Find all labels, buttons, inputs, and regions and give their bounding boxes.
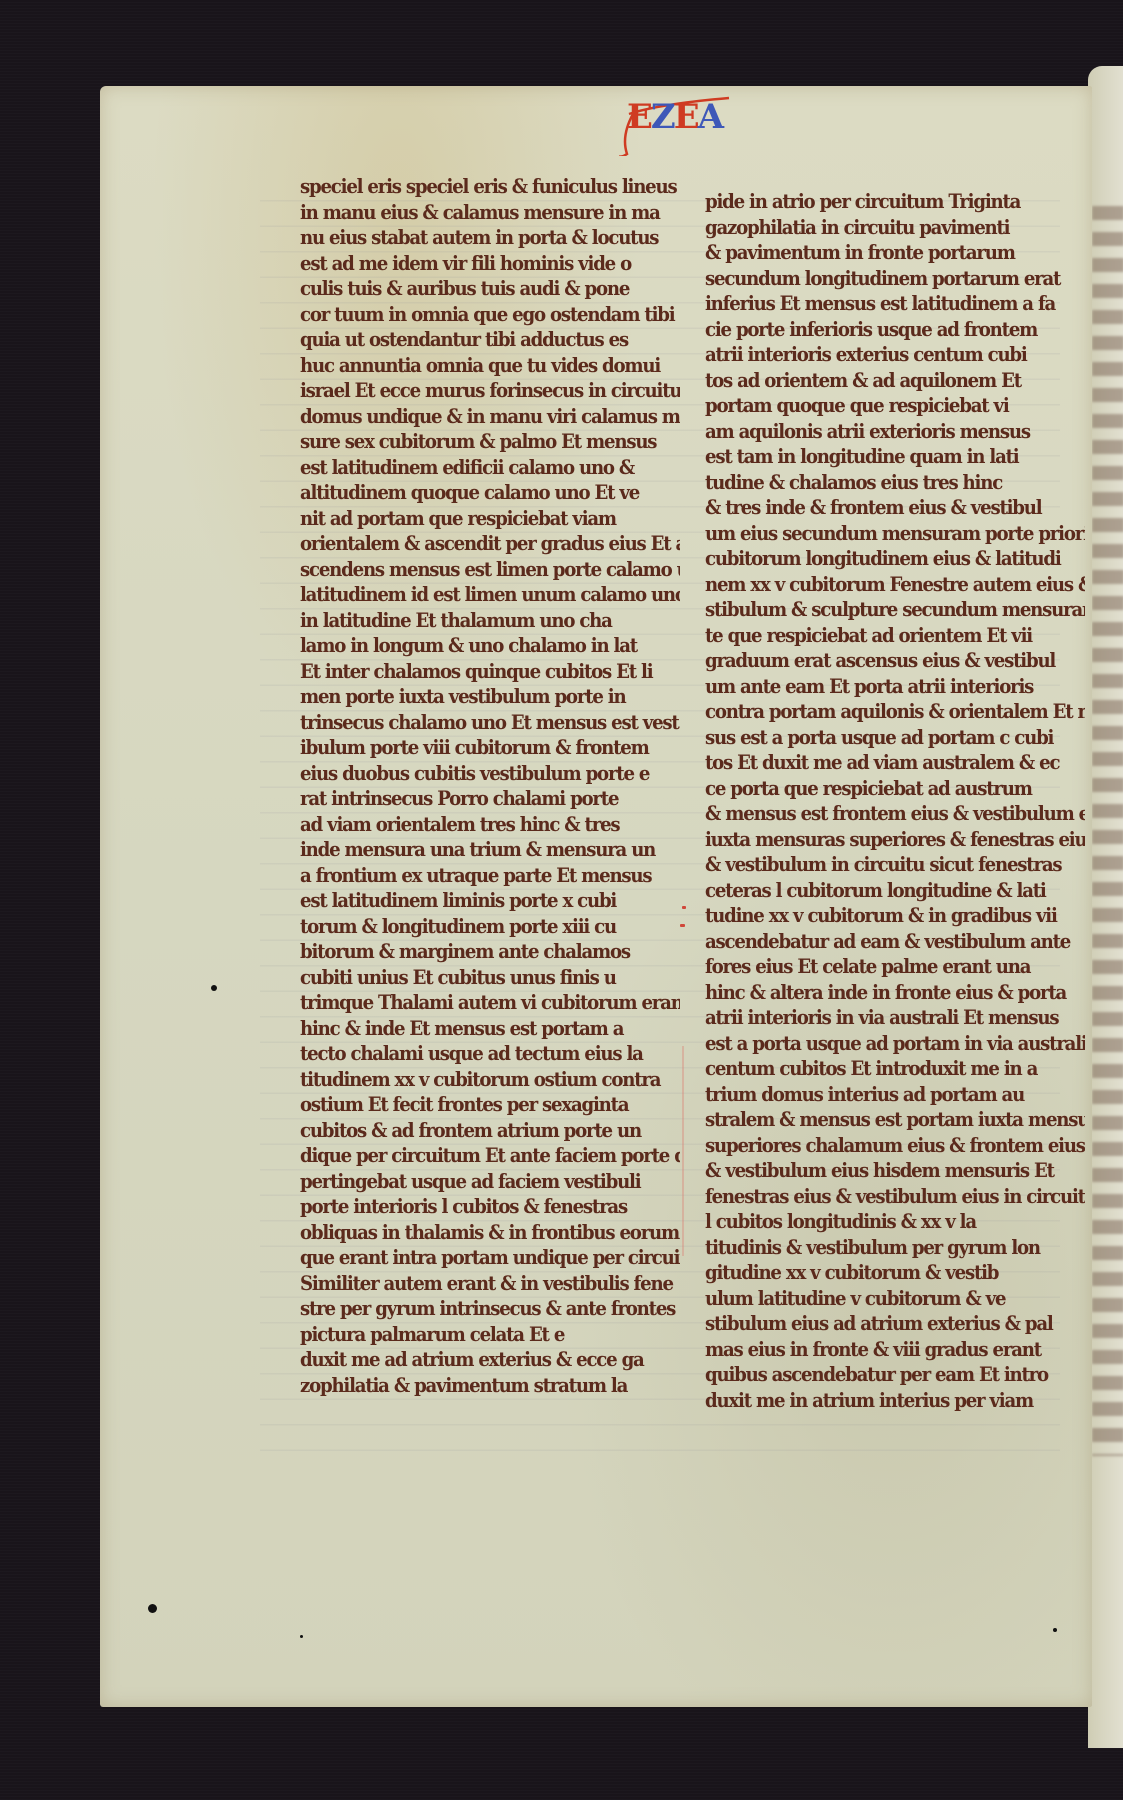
text-line: contra portam aquilonis & orientalem Et … <box>705 699 1058 725</box>
text-line: nu eius stabat autem in porta & locutus <box>300 225 653 251</box>
running-title-letters: EZEA <box>627 100 722 134</box>
text-line: graduum erat ascensus eius & vestibul <box>705 648 1058 674</box>
text-line: stralem & mensus est portam iuxta mensur… <box>705 1107 1058 1133</box>
text-line: porte interioris l cubitos & fenestras <box>300 1194 653 1220</box>
text-line: bitorum & marginem ante chalamos <box>300 939 653 965</box>
text-line: trium domus interius ad portam au <box>705 1082 1058 1108</box>
text-line: centum cubitos Et introduxit me in a <box>705 1056 1058 1082</box>
title-letter: E <box>627 97 651 137</box>
title-letter: E <box>674 97 698 137</box>
text-line: l cubitos longitudinis & xx v la <box>705 1209 1058 1235</box>
text-line: titudinis & vestibulum per gyrum lon <box>705 1235 1058 1261</box>
text-line: gitudine xx v cubitorum & vestib <box>705 1260 1058 1286</box>
text-line: est ad me idem vir fili hominis vide o <box>300 251 653 277</box>
text-line: latitudinem id est limen unum calamo uno <box>300 582 653 608</box>
text-line: cie porte inferioris usque ad frontem <box>705 317 1058 343</box>
text-line: ibulum porte viii cubitorum & frontem <box>300 735 653 761</box>
text-line: stre per gyrum intrinsecus & ante fronte… <box>300 1296 653 1322</box>
adjacent-leaf-text <box>1092 206 1123 1456</box>
text-line: um ante eam Et porta atrii interioris <box>705 674 1058 700</box>
text-line: inde mensura una trium & mensura un <box>300 837 653 863</box>
text-line: speciel eris speciel eris & funiculus li… <box>300 174 653 200</box>
text-line: duxit me in atrium interius per viam <box>705 1388 1058 1414</box>
text-line: scendens mensus est limen porte calamo u… <box>300 557 653 583</box>
text-line: stibulum & sculpture secundum mensuram p… <box>705 597 1058 623</box>
text-line: ostium Et fecit frontes per sexaginta <box>300 1092 653 1118</box>
running-title: EZEA <box>619 86 749 156</box>
text-line: obliquas in thalamis & in frontibus eoru… <box>300 1220 653 1246</box>
text-line: dique per circuitum Et ante faciem porte… <box>300 1143 653 1169</box>
text-line: trimque Thalami autem vi cubitorum erant <box>300 990 653 1016</box>
text-line: pictura palmarum celata Et e <box>300 1322 653 1348</box>
text-line: quibus ascendebatur per eam Et intro <box>705 1362 1058 1388</box>
text-line: Et inter chalamos quinque cubitos Et li <box>300 659 653 685</box>
text-line: orientalem & ascendit per gradus eius Et… <box>300 531 653 557</box>
text-line: & vestibulum eius hisdem mensuris Et <box>705 1158 1058 1184</box>
text-line: cubitos & ad frontem atrium porte un <box>300 1118 653 1144</box>
text-line: ascendebatur ad eam & vestibulum ante <box>705 929 1058 955</box>
text-line: culis tuis & auribus tuis audi & pone <box>300 276 653 302</box>
text-line: tudine & chalamos eius tres hinc <box>705 470 1058 496</box>
text-line: hinc & altera inde in fronte eius & port… <box>705 980 1058 1006</box>
text-line: trinsecus chalamo uno Et mensus est vest <box>300 710 653 736</box>
text-line: hinc & inde Et mensus est portam a <box>300 1016 653 1042</box>
adjacent-leaf-edge <box>1088 66 1123 1748</box>
text-line: ulum latitudine v cubitorum & ve <box>705 1286 1058 1312</box>
red-margin-trace <box>682 1046 684 1256</box>
red-mark <box>682 906 686 909</box>
text-line: atrii interioris in via australi Et mens… <box>705 1005 1058 1031</box>
text-line: in manu eius & calamus mensure in ma <box>300 200 653 226</box>
text-line: superiores chalamum eius & frontem eius <box>705 1133 1058 1159</box>
text-line: lamo in longum & uno chalamo in lat <box>300 633 653 659</box>
text-line: fores eius Et celate palme erant una <box>705 954 1058 980</box>
text-line: portam quoque que respiciebat vi <box>705 393 1058 419</box>
text-line: secundum longitudinem portarum erat <box>705 266 1058 292</box>
text-line: torum & longitudinem porte xiii cu <box>300 914 653 940</box>
text-line: est tam in longitudine quam in lati <box>705 444 1058 470</box>
text-line: titudinem xx v cubitorum ostium contra <box>300 1067 653 1093</box>
text-line: sus est a porta usque ad portam c cubi <box>705 725 1058 751</box>
text-line: ceteras l cubitorum longitudine & lati <box>705 878 1058 904</box>
ink-spot <box>211 985 217 991</box>
text-line: zophilatia & pavimentum stratum la <box>300 1373 653 1399</box>
manuscript-page: EZEA speciel eris speciel eris & funicul… <box>100 86 1092 1707</box>
ink-spot <box>148 1604 157 1613</box>
text-line: stibulum eius ad atrium exterius & pal <box>705 1311 1058 1337</box>
text-line: est latitudinem liminis porte x cubi <box>300 888 653 914</box>
text-line: quia ut ostendantur tibi adductus es <box>300 327 653 353</box>
text-line: te que respiciebat ad orientem Et vii <box>705 623 1058 649</box>
text-line: in latitudine Et thalamum uno cha <box>300 608 653 634</box>
text-line: nem xx v cubitorum Fenestre autem eius &… <box>705 572 1058 598</box>
text-line: cubitorum longitudinem eius & latitudi <box>705 546 1058 572</box>
ink-spot <box>300 1635 303 1638</box>
text-line: duxit me ad atrium exterius & ecce ga <box>300 1347 653 1373</box>
text-line: pertingebat usque ad faciem vestibuli <box>300 1169 653 1195</box>
text-line: tecto chalami usque ad tectum eius la <box>300 1041 653 1067</box>
text-line: gazophilatia in circuitu pavimenti <box>705 215 1058 241</box>
text-line: men porte iuxta vestibulum porte in <box>300 684 653 710</box>
text-line: israel Et ecce murus forinsecus in circu… <box>300 378 653 404</box>
text-line: sure sex cubitorum & palmo Et mensus <box>300 429 653 455</box>
text-line: domus undique & in manu viri calamus men <box>300 404 653 430</box>
text-line: cor tuum in omnia que ego ostendam tibi <box>300 302 653 328</box>
text-line: ce porta que respiciebat ad austrum <box>705 776 1058 802</box>
text-line: & mensus est frontem eius & vestibulum e… <box>705 801 1058 827</box>
text-line: tos Et duxit me ad viam australem & ec <box>705 750 1058 776</box>
text-line: huc annuntia omnia que tu vides domui <box>300 353 653 379</box>
text-line: eius duobus cubitis vestibulum porte e <box>300 761 653 787</box>
title-letter: Z <box>651 97 674 137</box>
text-line: pide in atrio per circuitum Triginta <box>705 189 1058 215</box>
red-mark <box>680 924 685 927</box>
text-line: inferius Et mensus est latitudinem a fa <box>705 291 1058 317</box>
text-column-right: pide in atrio per circuitum Trigintagazo… <box>705 189 1085 1413</box>
text-column-left: speciel eris speciel eris & funiculus li… <box>300 174 680 1398</box>
text-line: a frontium ex utraque parte Et mensus <box>300 863 653 889</box>
text-line: fenestras eius & vestibulum eius in circ… <box>705 1184 1058 1210</box>
text-line: cubiti unius Et cubitus unus finis u <box>300 965 653 991</box>
text-line: iuxta mensuras superiores & fenestras ei… <box>705 827 1058 853</box>
text-line: um eius secundum mensuram porte prioris … <box>705 521 1058 547</box>
text-line: mas eius in fronte & viii gradus erant <box>705 1337 1058 1363</box>
text-line: atrii interioris exterius centum cubi <box>705 342 1058 368</box>
text-line: & pavimentum in fronte portarum <box>705 240 1058 266</box>
text-line: rat intrinsecus Porro chalami porte <box>300 786 653 812</box>
text-line: Similiter autem erant & in vestibulis fe… <box>300 1271 653 1297</box>
text-line: am aquilonis atrii exterioris mensus <box>705 419 1058 445</box>
text-line: ad viam orientalem tres hinc & tres <box>300 812 653 838</box>
text-line: & tres inde & frontem eius & vestibul <box>705 495 1058 521</box>
text-line: est a porta usque ad portam in via austr… <box>705 1031 1058 1057</box>
text-line: & vestibulum in circuitu sicut fenestras <box>705 852 1058 878</box>
text-line: est latitudinem edificii calamo uno & <box>300 455 653 481</box>
text-line: que erant intra portam undique per circu… <box>300 1245 653 1271</box>
title-letter: A <box>698 97 722 137</box>
text-line: tudine xx v cubitorum & in gradibus vii <box>705 903 1058 929</box>
ink-spot <box>1053 1628 1057 1632</box>
text-line: nit ad portam que respiciebat viam <box>300 506 653 532</box>
text-line: tos ad orientem & ad aquilonem Et <box>705 368 1058 394</box>
text-line: altitudinem quoque calamo uno Et ve <box>300 480 653 506</box>
